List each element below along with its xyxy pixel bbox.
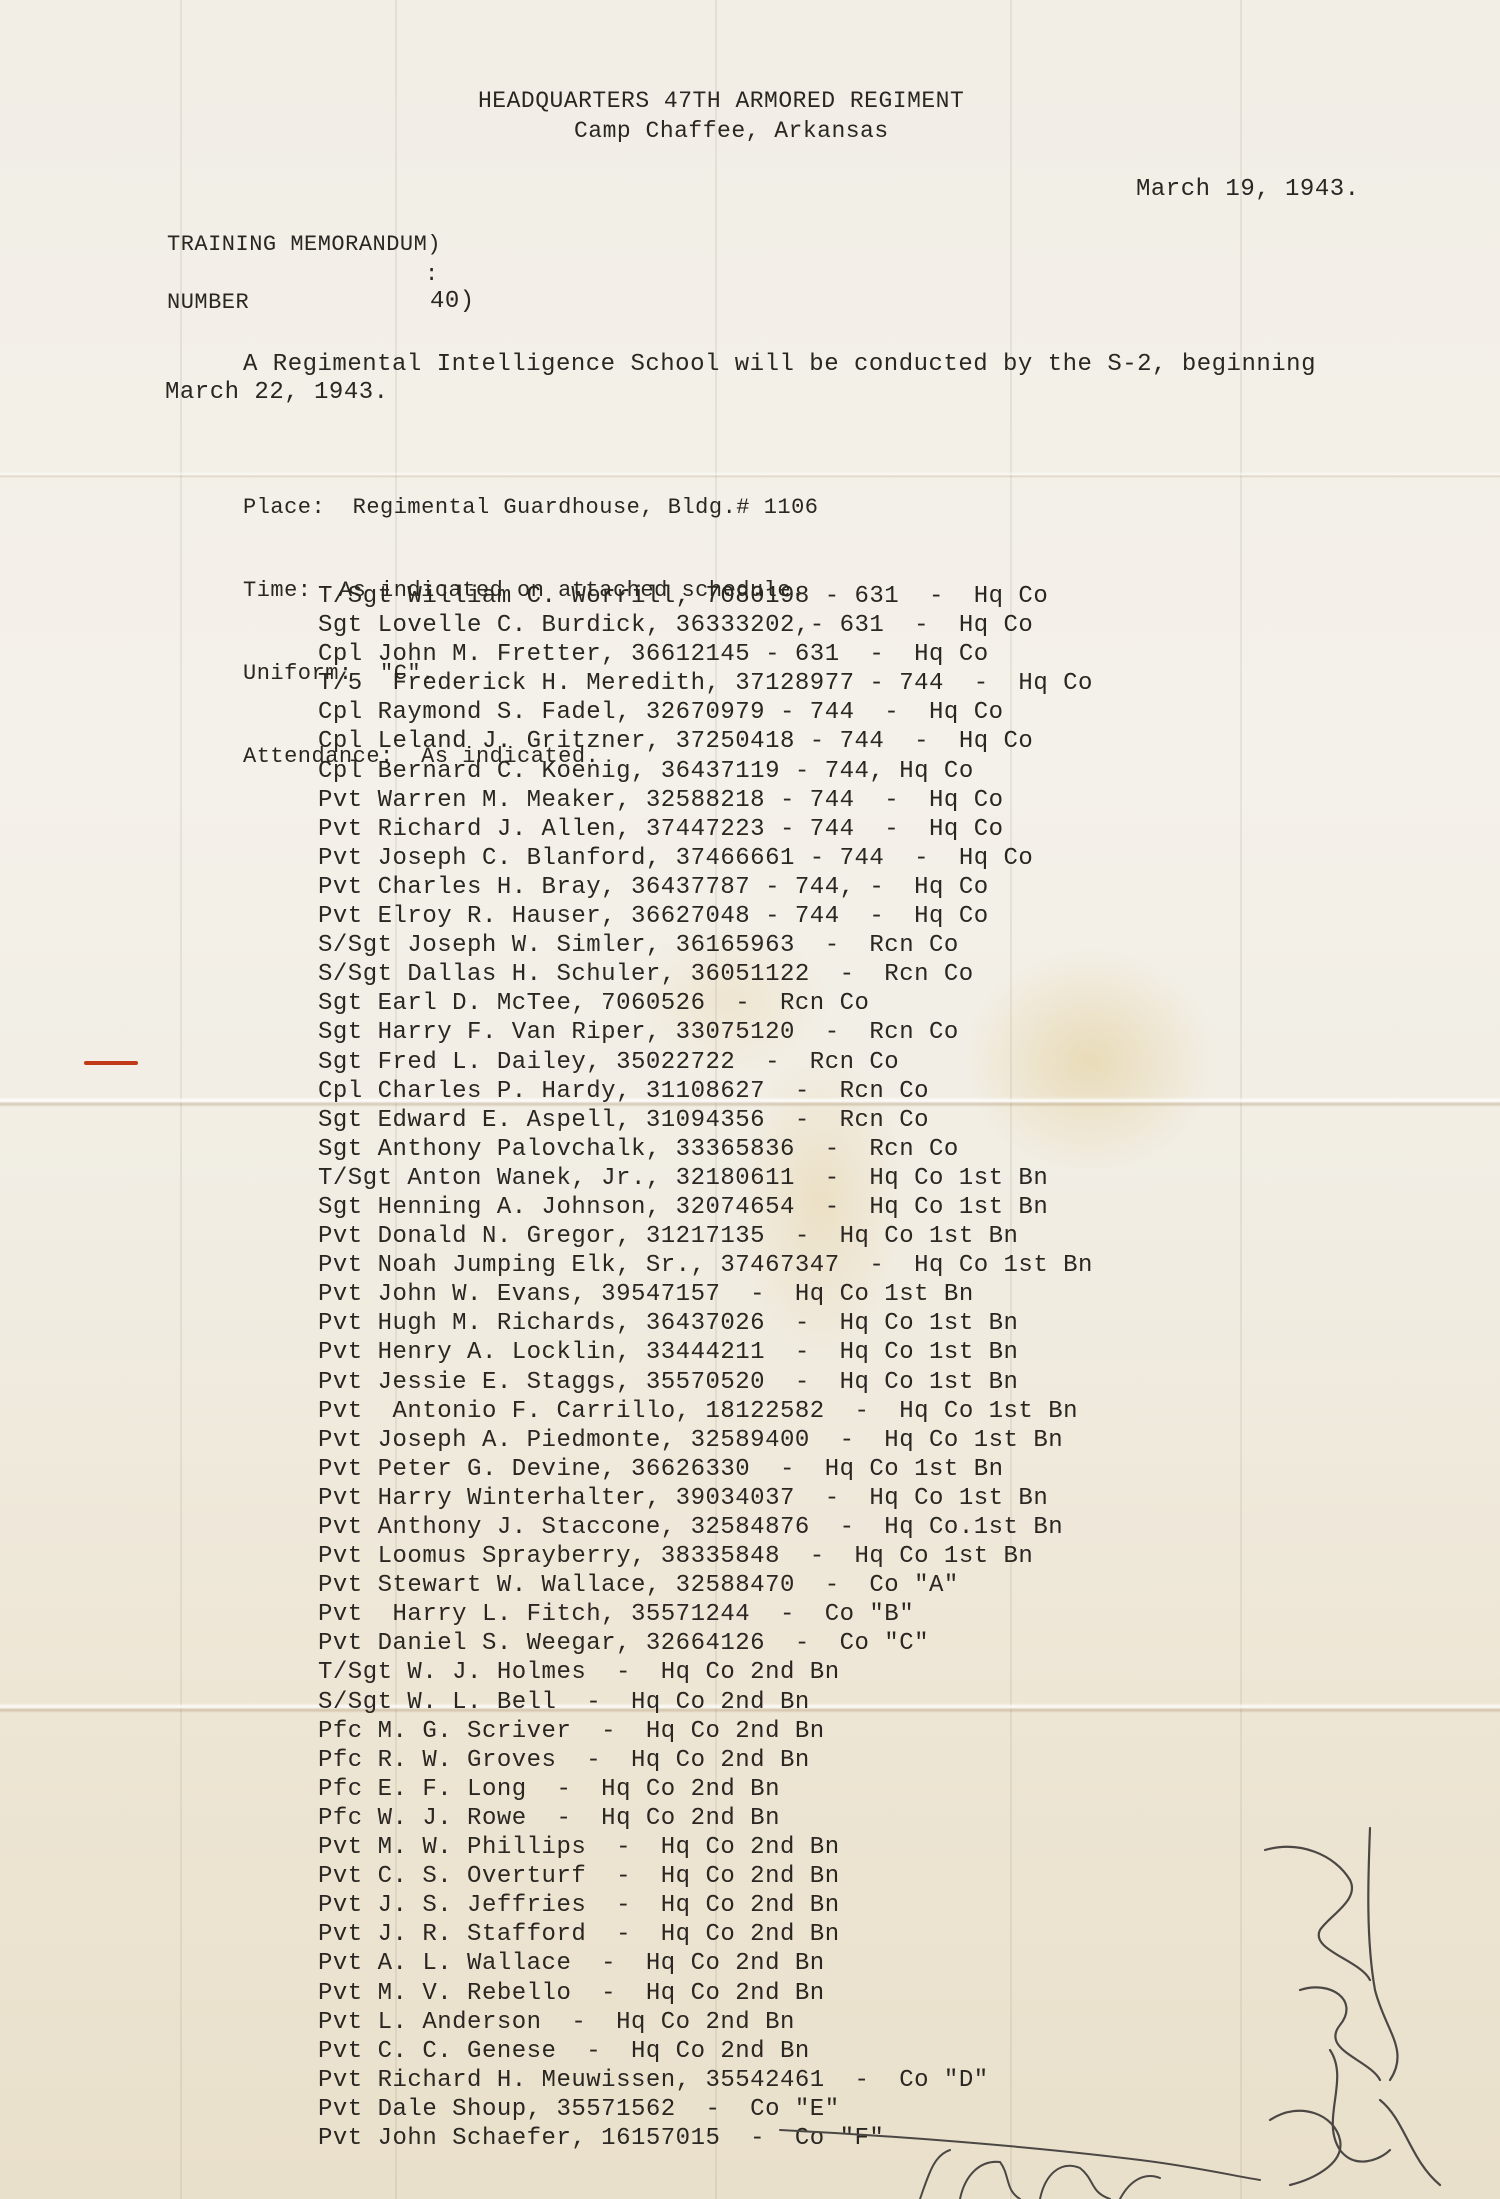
intro-paragraph-line-1: A Regimental Intelligence School will be… <box>243 351 1316 378</box>
roster-entry: Anthony Palovchalk, 33365836 - Rcn Co <box>378 1136 959 1163</box>
roster-rank: Pfc <box>318 1804 363 1833</box>
roster-row: Sgt Edward E. Aspell, 31094356 - Rcn Co <box>318 1106 1093 1135</box>
roster-rank: Pfc <box>318 1775 363 1804</box>
roster-rank: Pfc <box>318 1717 363 1746</box>
roster-row: S/Sgt Joseph W. Simler, 36165963 - Rcn C… <box>318 931 1093 960</box>
roster-entry: Joseph A. Piedmonte, 32589400 - Hq Co 1s… <box>378 1427 1064 1454</box>
roster-row: Cpl John M. Fretter, 36612145 - 631 - Hq… <box>318 640 1093 669</box>
roster-row: Pvt Harry L. Fitch, 35571244 - Co "B" <box>318 1600 1093 1629</box>
roster-entry: Stewart W. Wallace, 32588470 - Co "A" <box>378 1572 959 1599</box>
roster-entry: Noah Jumping Elk, Sr., 37467347 - Hq Co … <box>378 1252 1093 1279</box>
roster-row: Pvt J. S. Jeffries - Hq Co 2nd Bn <box>318 1891 1093 1920</box>
red-ink-mark <box>84 1061 138 1065</box>
organization-heading: HEADQUARTERS 47TH ARMORED REGIMENT <box>478 88 964 114</box>
roster-rank: Pvt <box>318 1979 363 2008</box>
roster-rank: Pvt <box>318 1397 363 1426</box>
roster-entry: Earl D. McTee, 7060526 - Rcn Co <box>378 990 870 1017</box>
roster-entry: W. J. Rowe - Hq Co 2nd Bn <box>378 1805 780 1832</box>
roster-rank: Pvt <box>318 873 363 902</box>
roster-row: T/Sgt William C. Worrill, 7080198 - 631 … <box>318 582 1093 611</box>
roster-entry: M. W. Phillips - Hq Co 2nd Bn <box>378 1834 840 1861</box>
roster-rank: Pvt <box>318 2124 363 2153</box>
roster-rank: Pvt <box>318 1600 363 1629</box>
roster-entry: Leland J. Gritzner, 37250418 - 744 - Hq … <box>378 728 1034 755</box>
roster-entry: Dale Shoup, 35571562 - Co "E" <box>378 2096 840 2123</box>
roster-rank: Sgt <box>318 989 363 1018</box>
roster-row: Pvt Stewart W. Wallace, 32588470 - Co "A… <box>318 1571 1093 1600</box>
roster-entry: Peter G. Devine, 36626330 - Hq Co 1st Bn <box>378 1456 1004 1483</box>
roster-row: Pvt John W. Evans, 39547157 - Hq Co 1st … <box>318 1280 1093 1309</box>
roster-row: Pvt Anthony J. Staccone, 32584876 - Hq C… <box>318 1513 1093 1542</box>
roster-rank: Cpl <box>318 1077 363 1106</box>
roster-row: Cpl Charles P. Hardy, 31108627 - Rcn Co <box>318 1077 1093 1106</box>
roster-row: Cpl Raymond S. Fadel, 32670979 - 744 - H… <box>318 698 1093 727</box>
roster-row: Pvt Richard H. Meuwissen, 35542461 - Co … <box>318 2066 1093 2095</box>
detail-place: Place: Regimental Guardhouse, Bldg.# 110… <box>243 493 819 522</box>
roster-row: Pvt Donald N. Gregor, 31217135 - Hq Co 1… <box>318 1222 1093 1251</box>
pencil-scrawl-icon <box>760 2120 1280 2199</box>
roster-row: Pvt M. W. Phillips - Hq Co 2nd Bn <box>318 1833 1093 1862</box>
roster-row: Sgt Henning A. Johnson, 32074654 - Hq Co… <box>318 1193 1093 1222</box>
roster-row: Pvt L. Anderson - Hq Co 2nd Bn <box>318 2008 1093 2037</box>
roster-row: Pfc E. F. Long - Hq Co 2nd Bn <box>318 1775 1093 1804</box>
roster-rank: Cpl <box>318 757 363 786</box>
roster-rank: Pvt <box>318 1920 363 1949</box>
roster-entry: Harry F. Van Riper, 33075120 - Rcn Co <box>378 1019 959 1046</box>
roster-rank: Pvt <box>318 1862 363 1891</box>
roster-entry: Jessie E. Staggs, 35570520 - Hq Co 1st B… <box>378 1369 1019 1396</box>
attendance-roster: T/Sgt William C. Worrill, 7080198 - 631 … <box>318 582 1093 2153</box>
roster-entry: Fred L. Dailey, 35022722 - Rcn Co <box>378 1049 900 1076</box>
memo-number-value: 40) <box>430 288 475 315</box>
roster-entry: Henry A. Locklin, 33444211 - Hq Co 1st B… <box>378 1339 1019 1366</box>
roster-row: Pvt M. V. Rebello - Hq Co 2nd Bn <box>318 1979 1093 2008</box>
detail-label: Time: <box>243 578 312 603</box>
roster-entry: Raymond S. Fadel, 32670979 - 744 - Hq Co <box>378 699 1004 726</box>
roster-rank: Pvt <box>318 1280 363 1309</box>
roster-row: Pvt C. C. Genese - Hq Co 2nd Bn <box>318 2037 1093 2066</box>
memo-colon-mark: : <box>425 262 439 287</box>
detail-value: Regimental Guardhouse, Bldg.# 1106 <box>353 495 819 520</box>
roster-entry: Anton Wanek, Jr., 32180611 - Hq Co 1st B… <box>407 1165 1048 1192</box>
roster-rank: Pvt <box>318 902 363 931</box>
roster-rank: T/Sgt <box>318 582 393 611</box>
roster-rank: S/Sgt <box>318 931 393 960</box>
roster-row: Pvt Charles H. Bray, 36437787 - 744, - H… <box>318 873 1093 902</box>
roster-entry: J. R. Stafford - Hq Co 2nd Bn <box>378 1921 840 1948</box>
roster-rank: Pvt <box>318 1484 363 1513</box>
roster-row: Pvt Hugh M. Richards, 36437026 - Hq Co 1… <box>318 1309 1093 1338</box>
roster-entry: John W. Evans, 39547157 - Hq Co 1st Bn <box>378 1281 974 1308</box>
roster-row: Sgt Harry F. Van Riper, 33075120 - Rcn C… <box>318 1018 1093 1047</box>
roster-rank: Cpl <box>318 727 363 756</box>
roster-row: Pvt Jessie E. Staggs, 35570520 - Hq Co 1… <box>318 1368 1093 1397</box>
roster-row: Pvt Warren M. Meaker, 32588218 - 744 - H… <box>318 786 1093 815</box>
roster-row: Pvt Noah Jumping Elk, Sr., 37467347 - Hq… <box>318 1251 1093 1280</box>
roster-row: Pvt Harry Winterhalter, 39034037 - Hq Co… <box>318 1484 1093 1513</box>
roster-entry: M. V. Rebello - Hq Co 2nd Bn <box>378 1980 825 2007</box>
roster-rank: T/Sgt <box>318 1164 393 1193</box>
intro-paragraph-line-2: March 22, 1943. <box>165 379 389 406</box>
roster-row: Sgt Fred L. Dailey, 35022722 - Rcn Co <box>318 1048 1093 1077</box>
location-heading: Camp Chaffee, Arkansas <box>574 118 889 144</box>
roster-rank: Pvt <box>318 1571 363 1600</box>
roster-entry: C. C. Genese - Hq Co 2nd Bn <box>378 2038 810 2065</box>
roster-row: Pfc M. G. Scriver - Hq Co 2nd Bn <box>318 1717 1093 1746</box>
roster-row: Sgt Anthony Palovchalk, 33365836 - Rcn C… <box>318 1135 1093 1164</box>
roster-rank: Pvt <box>318 1629 363 1658</box>
roster-rank: Pvt <box>318 815 363 844</box>
roster-entry: Charles H. Bray, 36437787 - 744, - Hq Co <box>378 874 989 901</box>
roster-row: Pvt Daniel S. Weegar, 32664126 - Co "C" <box>318 1629 1093 1658</box>
roster-entry: Edward E. Aspell, 31094356 - Rcn Co <box>378 1107 929 1134</box>
roster-rank: Cpl <box>318 640 363 669</box>
roster-entry: Charles P. Hardy, 31108627 - Rcn Co <box>378 1078 929 1105</box>
roster-entry: Loomus Sprayberry, 38335848 - Hq Co 1st … <box>378 1543 1034 1570</box>
roster-row: Pvt Elroy R. Hauser, 36627048 - 744 - Hq… <box>318 902 1093 931</box>
roster-rank: Pfc <box>318 1746 363 1775</box>
roster-entry: W. J. Holmes - Hq Co 2nd Bn <box>407 1659 839 1686</box>
roster-rank: Sgt <box>318 611 363 640</box>
roster-rank: Pvt <box>318 1426 363 1455</box>
roster-rank: Sgt <box>318 1018 363 1047</box>
roster-row: Sgt Lovelle C. Burdick, 36333202,- 631 -… <box>318 611 1093 640</box>
roster-entry: Joseph C. Blanford, 37466661 - 744 - Hq … <box>378 845 1034 872</box>
roster-rank: Pvt <box>318 1833 363 1862</box>
roster-row: Cpl Leland J. Gritzner, 37250418 - 744 -… <box>318 727 1093 756</box>
roster-row: Pvt J. R. Stafford - Hq Co 2nd Bn <box>318 1920 1093 1949</box>
roster-rank: Pvt <box>318 2066 363 2095</box>
roster-rank: Pvt <box>318 1455 363 1484</box>
roster-rank: Pvt <box>318 786 363 815</box>
roster-entry: J. S. Jeffries - Hq Co 2nd Bn <box>378 1892 840 1919</box>
roster-rank: Sgt <box>318 1135 363 1164</box>
roster-row: S/Sgt W. L. Bell - Hq Co 2nd Bn <box>318 1688 1093 1717</box>
roster-row: Pvt Peter G. Devine, 36626330 - Hq Co 1s… <box>318 1455 1093 1484</box>
roster-entry: Dallas H. Schuler, 36051122 - Rcn Co <box>407 961 973 988</box>
roster-row: Pfc W. J. Rowe - Hq Co 2nd Bn <box>318 1804 1093 1833</box>
roster-row: Sgt Earl D. McTee, 7060526 - Rcn Co <box>318 989 1093 1018</box>
roster-entry: Donald N. Gregor, 31217135 - Hq Co 1st B… <box>378 1223 1019 1250</box>
roster-row: T/Sgt Anton Wanek, Jr., 32180611 - Hq Co… <box>318 1164 1093 1193</box>
roster-rank: Sgt <box>318 1048 363 1077</box>
roster-rank: S/Sgt <box>318 960 393 989</box>
roster-rank: Pvt <box>318 1949 363 1978</box>
roster-rank: Pvt <box>318 2095 363 2124</box>
roster-entry: Harry Winterhalter, 39034037 - Hq Co 1st… <box>378 1485 1049 1512</box>
roster-entry: Frederick H. Meredith, 37128977 - 744 - … <box>378 670 1093 697</box>
roster-rank: T/5 <box>318 669 363 698</box>
roster-entry: M. G. Scriver - Hq Co 2nd Bn <box>378 1718 825 1745</box>
roster-entry: C. S. Overturf - Hq Co 2nd Bn <box>378 1863 840 1890</box>
roster-entry: L. Anderson - Hq Co 2nd Bn <box>378 2009 795 2036</box>
roster-row: T/5 Frederick H. Meredith, 37128977 - 74… <box>318 669 1093 698</box>
roster-rank: Pvt <box>318 1368 363 1397</box>
roster-rank: S/Sgt <box>318 1688 393 1717</box>
roster-rank: Pvt <box>318 844 363 873</box>
roster-row: Cpl Bernard C. Koenig, 36437119 - 744, H… <box>318 757 1093 786</box>
roster-entry: Antonio F. Carrillo, 18122582 - Hq Co 1s… <box>378 1398 1078 1425</box>
roster-row: Pvt A. L. Wallace - Hq Co 2nd Bn <box>318 1949 1093 1978</box>
roster-entry: A. L. Wallace - Hq Co 2nd Bn <box>378 1950 825 1977</box>
roster-entry: Richard J. Allen, 37447223 - 744 - Hq Co <box>378 816 1004 843</box>
roster-rank: Pvt <box>318 1891 363 1920</box>
roster-rank: Pvt <box>318 1251 363 1280</box>
memo-number-label: NUMBER <box>167 290 249 315</box>
roster-entry: Lovelle C. Burdick, 36333202,- 631 - Hq … <box>378 612 1034 639</box>
roster-entry: Elroy R. Hauser, 36627048 - 744 - Hq Co <box>378 903 989 930</box>
roster-row: Pvt Richard J. Allen, 37447223 - 744 - H… <box>318 815 1093 844</box>
roster-row: S/Sgt Dallas H. Schuler, 36051122 - Rcn … <box>318 960 1093 989</box>
memo-date: March 19, 1943. <box>1136 176 1360 203</box>
roster-entry: Daniel S. Weegar, 32664126 - Co "C" <box>378 1630 929 1657</box>
roster-rank: Pvt <box>318 2008 363 2037</box>
roster-entry: W. L. Bell - Hq Co 2nd Bn <box>407 1689 809 1716</box>
roster-entry: Hugh M. Richards, 36437026 - Hq Co 1st B… <box>378 1310 1019 1337</box>
roster-rank: T/Sgt <box>318 1658 393 1687</box>
roster-entry: Bernard C. Koenig, 36437119 - 744, Hq Co <box>378 758 974 785</box>
roster-entry: Joseph W. Simler, 36165963 - Rcn Co <box>407 932 958 959</box>
roster-row: Pvt Joseph A. Piedmonte, 32589400 - Hq C… <box>318 1426 1093 1455</box>
roster-entry: Henning A. Johnson, 32074654 - Hq Co 1st… <box>378 1194 1049 1221</box>
roster-entry: R. W. Groves - Hq Co 2nd Bn <box>378 1747 810 1774</box>
roster-row: Pvt Antonio F. Carrillo, 18122582 - Hq C… <box>318 1397 1093 1426</box>
roster-rank: Pvt <box>318 1309 363 1338</box>
roster-entry: John M. Fretter, 36612145 - 631 - Hq Co <box>378 641 989 668</box>
roster-rank: Pvt <box>318 2037 363 2066</box>
roster-row: Pvt Loomus Sprayberry, 38335848 - Hq Co … <box>318 1542 1093 1571</box>
roster-rank: Pvt <box>318 1513 363 1542</box>
roster-row: T/Sgt W. J. Holmes - Hq Co 2nd Bn <box>318 1658 1093 1687</box>
roster-row: Pvt Joseph C. Blanford, 37466661 - 744 -… <box>318 844 1093 873</box>
roster-row: Pfc R. W. Groves - Hq Co 2nd Bn <box>318 1746 1093 1775</box>
roster-rank: Cpl <box>318 698 363 727</box>
roster-entry: Richard H. Meuwissen, 35542461 - Co "D" <box>378 2067 989 2094</box>
roster-entry: Harry L. Fitch, 35571244 - Co "B" <box>378 1601 914 1628</box>
roster-row: Pvt Henry A. Locklin, 33444211 - Hq Co 1… <box>318 1338 1093 1367</box>
roster-rank: Pvt <box>318 1338 363 1367</box>
roster-entry: Anthony J. Staccone, 32584876 - Hq Co.1s… <box>378 1514 1064 1541</box>
roster-entry: William C. Worrill, 7080198 - 631 - Hq C… <box>407 583 1048 610</box>
roster-rank: Pvt <box>318 1542 363 1571</box>
roster-row: Pvt C. S. Overturf - Hq Co 2nd Bn <box>318 1862 1093 1891</box>
roster-entry: E. F. Long - Hq Co 2nd Bn <box>378 1776 780 1803</box>
roster-rank: Sgt <box>318 1106 363 1135</box>
detail-label: Place: <box>243 495 325 520</box>
roster-entry: Warren M. Meaker, 32588218 - 744 - Hq Co <box>378 787 1004 814</box>
memo-type-label: TRAINING MEMORANDUM) <box>167 232 441 257</box>
roster-rank: Sgt <box>318 1193 363 1222</box>
memo-page: HEADQUARTERS 47TH ARMORED REGIMENT Camp … <box>0 0 1500 2199</box>
roster-rank: Pvt <box>318 1222 363 1251</box>
